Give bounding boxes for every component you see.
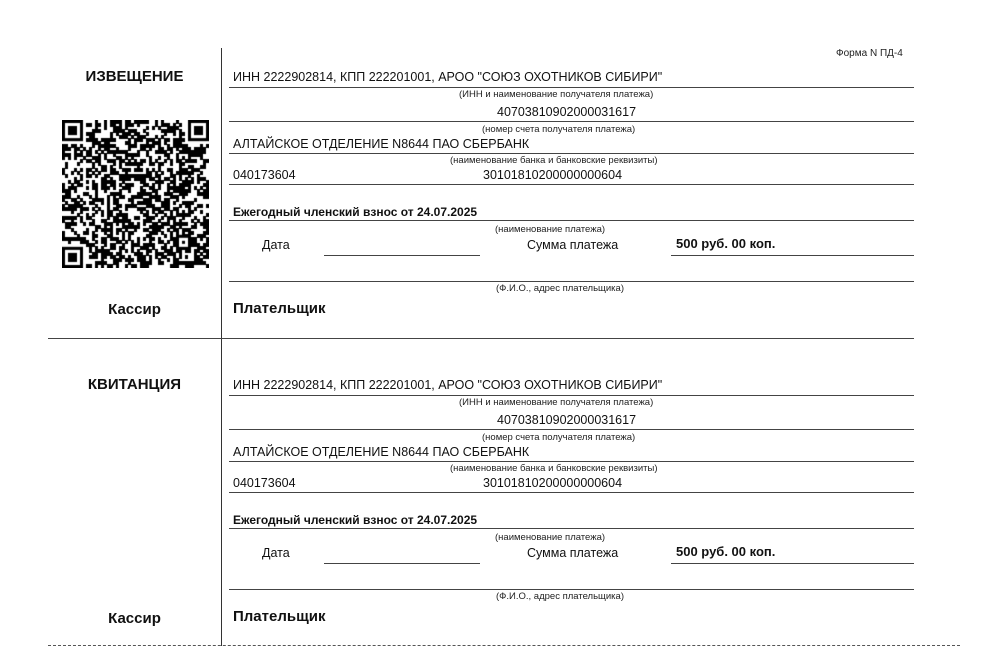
receipt-details: ИНН 2222902814, КПП 222201001, АРОО "СОЮ…: [229, 308, 914, 598]
sum-field-line: [671, 255, 914, 256]
sum-field-line: [671, 563, 914, 564]
account-value: 40703810902000031617: [497, 413, 636, 427]
notice-cashier-label: Кассир: [48, 301, 221, 318]
field-line: [229, 184, 914, 185]
recipient-value: ИНН 2222902814, КПП 222201001, АРОО "СОЮ…: [233, 70, 662, 84]
payer-caption: (Ф.И.О., адрес плательщика): [496, 591, 624, 602]
qr-code-icon: [62, 120, 209, 268]
payment-name-caption: (наименование платежа): [495, 532, 605, 543]
recipient-caption: (ИНН и наименование получателя платежа): [459, 397, 653, 408]
field-line: [229, 492, 914, 493]
payer-line: [229, 281, 914, 282]
sum-value: 500 руб. 00 коп.: [676, 544, 775, 559]
field-line: [229, 220, 914, 221]
payer-label: Плательщик: [233, 608, 325, 625]
field-line: [229, 395, 914, 396]
bank-value: АЛТАЙСКОЕ ОТДЕЛЕНИЕ N8644 ПАО СБЕРБАНК: [233, 137, 529, 151]
field-line: [229, 87, 914, 88]
notice-details: ИНН 2222902814, КПП 222201001, АРОО "СОЮ…: [229, 0, 914, 290]
sum-value: 500 руб. 00 коп.: [676, 236, 775, 251]
date-field[interactable]: [324, 255, 480, 256]
payer-caption: (Ф.И.О., адрес плательщика): [496, 283, 624, 294]
field-line: [229, 121, 914, 122]
account-value: 40703810902000031617: [497, 105, 636, 119]
bik-value: 040173604: [233, 168, 296, 182]
recipient-value: ИНН 2222902814, КПП 222201001, АРОО "СОЮ…: [233, 378, 662, 392]
corr-account-value: 30101810200000000604: [483, 168, 622, 182]
receipt-cashier-label: Кассир: [48, 610, 221, 627]
date-label: Дата: [262, 238, 290, 252]
vertical-divider: [221, 48, 222, 646]
account-caption: (номер счета получателя платежа): [482, 124, 635, 135]
payment-name-value: Ежегодный членский взнос от 24.07.2025: [233, 205, 477, 219]
recipient-caption: (ИНН и наименование получателя платежа): [459, 89, 653, 100]
cut-line: [48, 645, 960, 646]
bik-value: 040173604: [233, 476, 296, 490]
date-field[interactable]: [324, 563, 480, 564]
bank-value: АЛТАЙСКОЕ ОТДЕЛЕНИЕ N8644 ПАО СБЕРБАНК: [233, 445, 529, 459]
account-caption: (номер счета получателя платежа): [482, 432, 635, 443]
corr-account-value: 30101810200000000604: [483, 476, 622, 490]
notice-title: ИЗВЕЩЕНИЕ: [48, 68, 221, 85]
field-line: [229, 429, 914, 430]
bank-caption: (наименование банка и банковские реквизи…: [450, 463, 658, 474]
field-line: [229, 461, 914, 462]
sum-label: Сумма платежа: [527, 546, 618, 560]
sum-label: Сумма платежа: [527, 238, 618, 252]
field-line: [229, 528, 914, 529]
payment-name-caption: (наименование платежа): [495, 224, 605, 235]
receipt-title: КВИТАНЦИЯ: [48, 376, 221, 393]
payment-name-value: Ежегодный членский взнос от 24.07.2025: [233, 513, 477, 527]
field-line: [229, 153, 914, 154]
date-label: Дата: [262, 546, 290, 560]
payer-line: [229, 589, 914, 590]
bank-caption: (наименование банка и банковские реквизи…: [450, 155, 658, 166]
